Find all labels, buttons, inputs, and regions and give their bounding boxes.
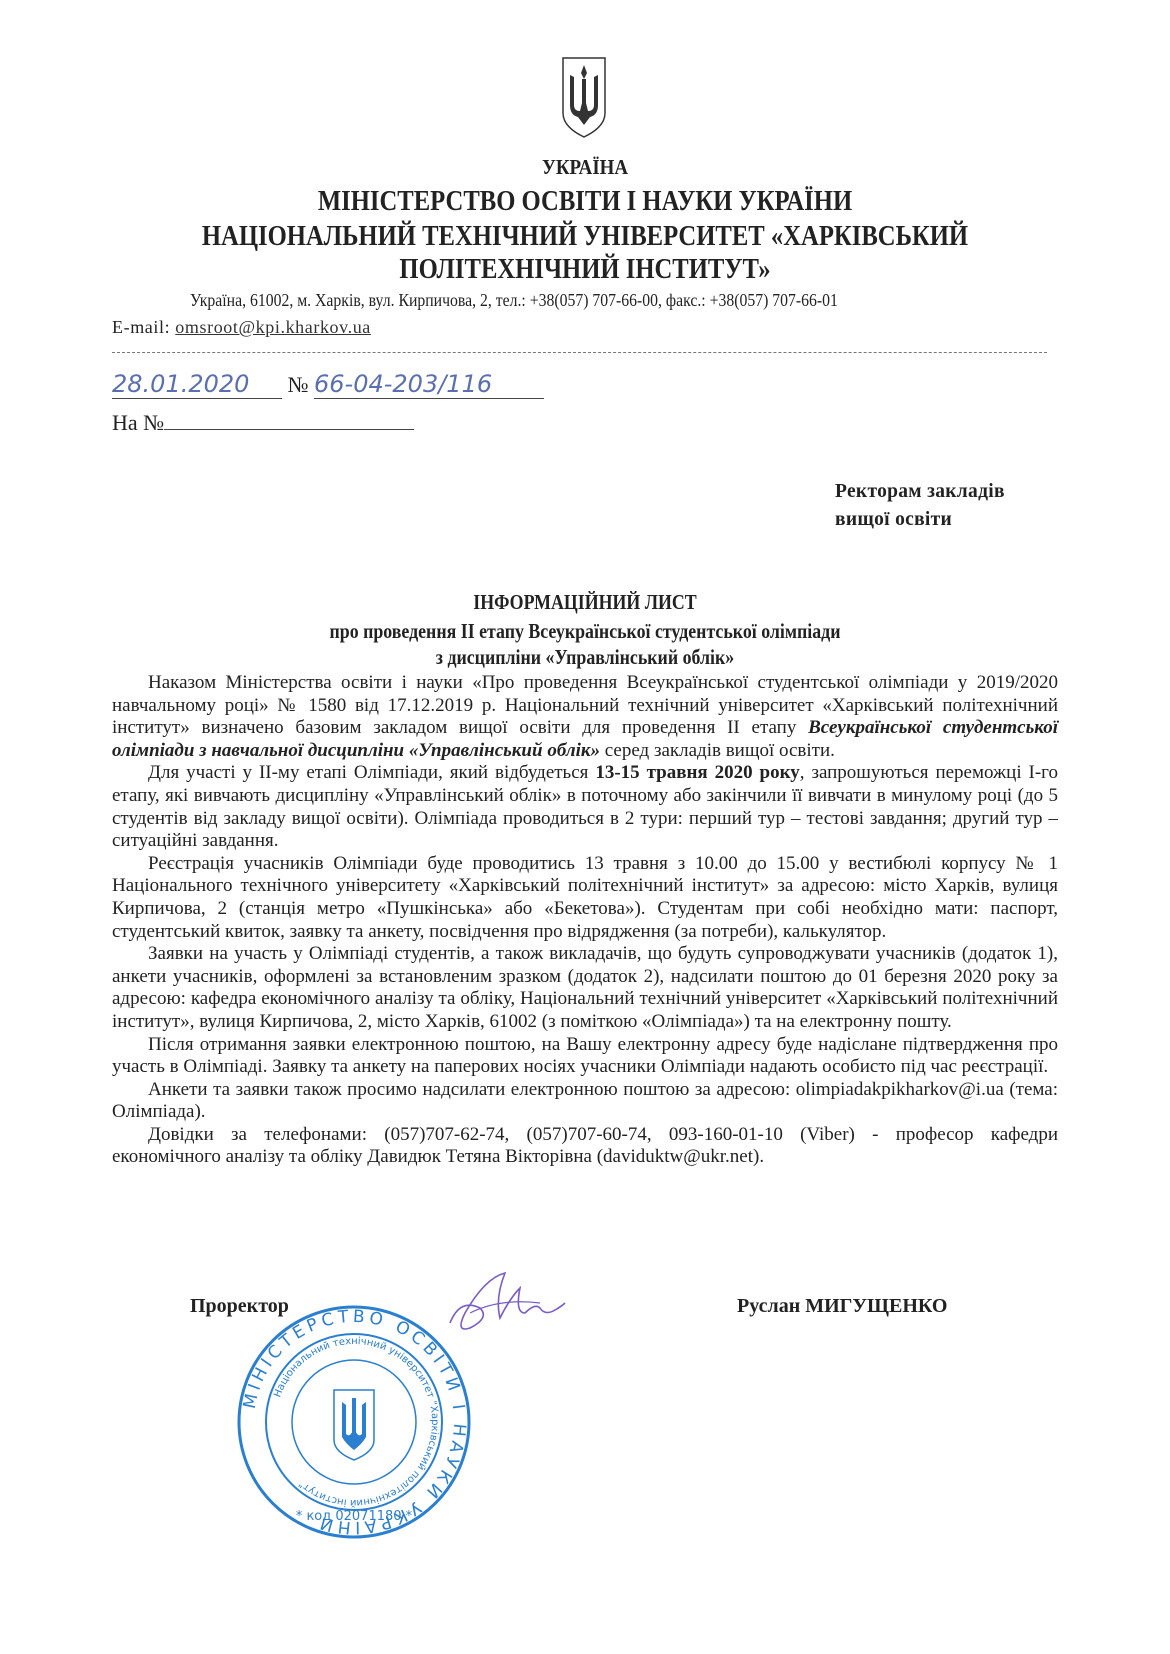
header-divider [112,352,1047,353]
reply-label: На № [112,410,164,435]
university-heading-line2: ПОЛІТЕХНІЧНИЙ ІНСТИТУТ» [88,253,1083,286]
university-address: Україна, 61002, м. Харків, вул. Кирпичов… [190,290,838,311]
number-label: № [288,372,309,397]
official-stamp: МІНІСТЕРСТВО ОСВІТИ І НАУКИ УКРАЇНИ Наці… [234,1302,474,1542]
paragraph-3: Реєстрація учасників Олімпіади буде пров… [112,853,1058,943]
paragraph-4: Заявки на участь у Олімпіаді студентів, … [112,943,1058,1033]
paragraph-1: Наказом Міністерства освіти і науки «Про… [112,672,1058,762]
email-line: E-mail: omsroot@kpi.kharkov.ua [112,317,371,338]
registration-date: 28.01.2020 [112,370,249,398]
registration-number: 66-04-203/116 [314,370,492,398]
svg-text:Національний технічний універс: Національний технічний університет "Харк… [272,1335,440,1509]
paragraph-6: Анкети та заявки також просимо надсилати… [112,1079,1058,1124]
paragraph-7: Довідки за телефонами: (057)707-62-74, (… [112,1124,1058,1169]
ministry-heading: МІНІСТЕРСТВО ОСВІТИ І НАУКИ УКРАЇНИ [88,185,1083,218]
country-heading: УКРАЇНА [59,155,1112,180]
document-subtitle-2: з дисципліни «Управлінський облік» [88,645,1083,670]
reply-reference-line: На № [112,410,414,436]
reply-number-blank [164,411,414,430]
signatory-name: Руслан МИГУЩЕНКО [737,1295,947,1318]
addressee: Ректорам закладів вищої освіти [835,478,1005,534]
letter-body: Наказом Міністерства освіти і науки «Про… [112,672,1058,1169]
stamp-trident-icon [334,1390,374,1460]
addressee-line1: Ректорам закладів [835,478,1005,506]
svg-text:* код 02071180 *: * код 02071180 * [296,1509,413,1524]
paragraph-2: Для участі у ІІ-му етапі Олімпіади, який… [112,762,1058,852]
registration-line: 28.01.2020 № 66-04-203/116 [112,370,544,399]
handwritten-signature [440,1268,570,1348]
addressee-line2: вищої освіти [835,506,1005,534]
university-heading-line1: НАЦІОНАЛЬНИЙ ТЕХНІЧНИЙ УНІВЕРСИТЕТ «ХАРК… [88,220,1083,253]
document-title: ІНФОРМАЦІЙНИЙ ЛИСТ [88,590,1083,615]
email-link[interactable]: omsroot@kpi.kharkov.ua [175,317,371,337]
paragraph-5: Після отримання заявки електронною пошто… [112,1034,1058,1079]
document-subtitle-1: про проведення ІІ етапу Всеукраїнської с… [88,619,1083,644]
email-label: E-mail: [112,317,175,337]
ukraine-trident-icon [560,55,608,139]
